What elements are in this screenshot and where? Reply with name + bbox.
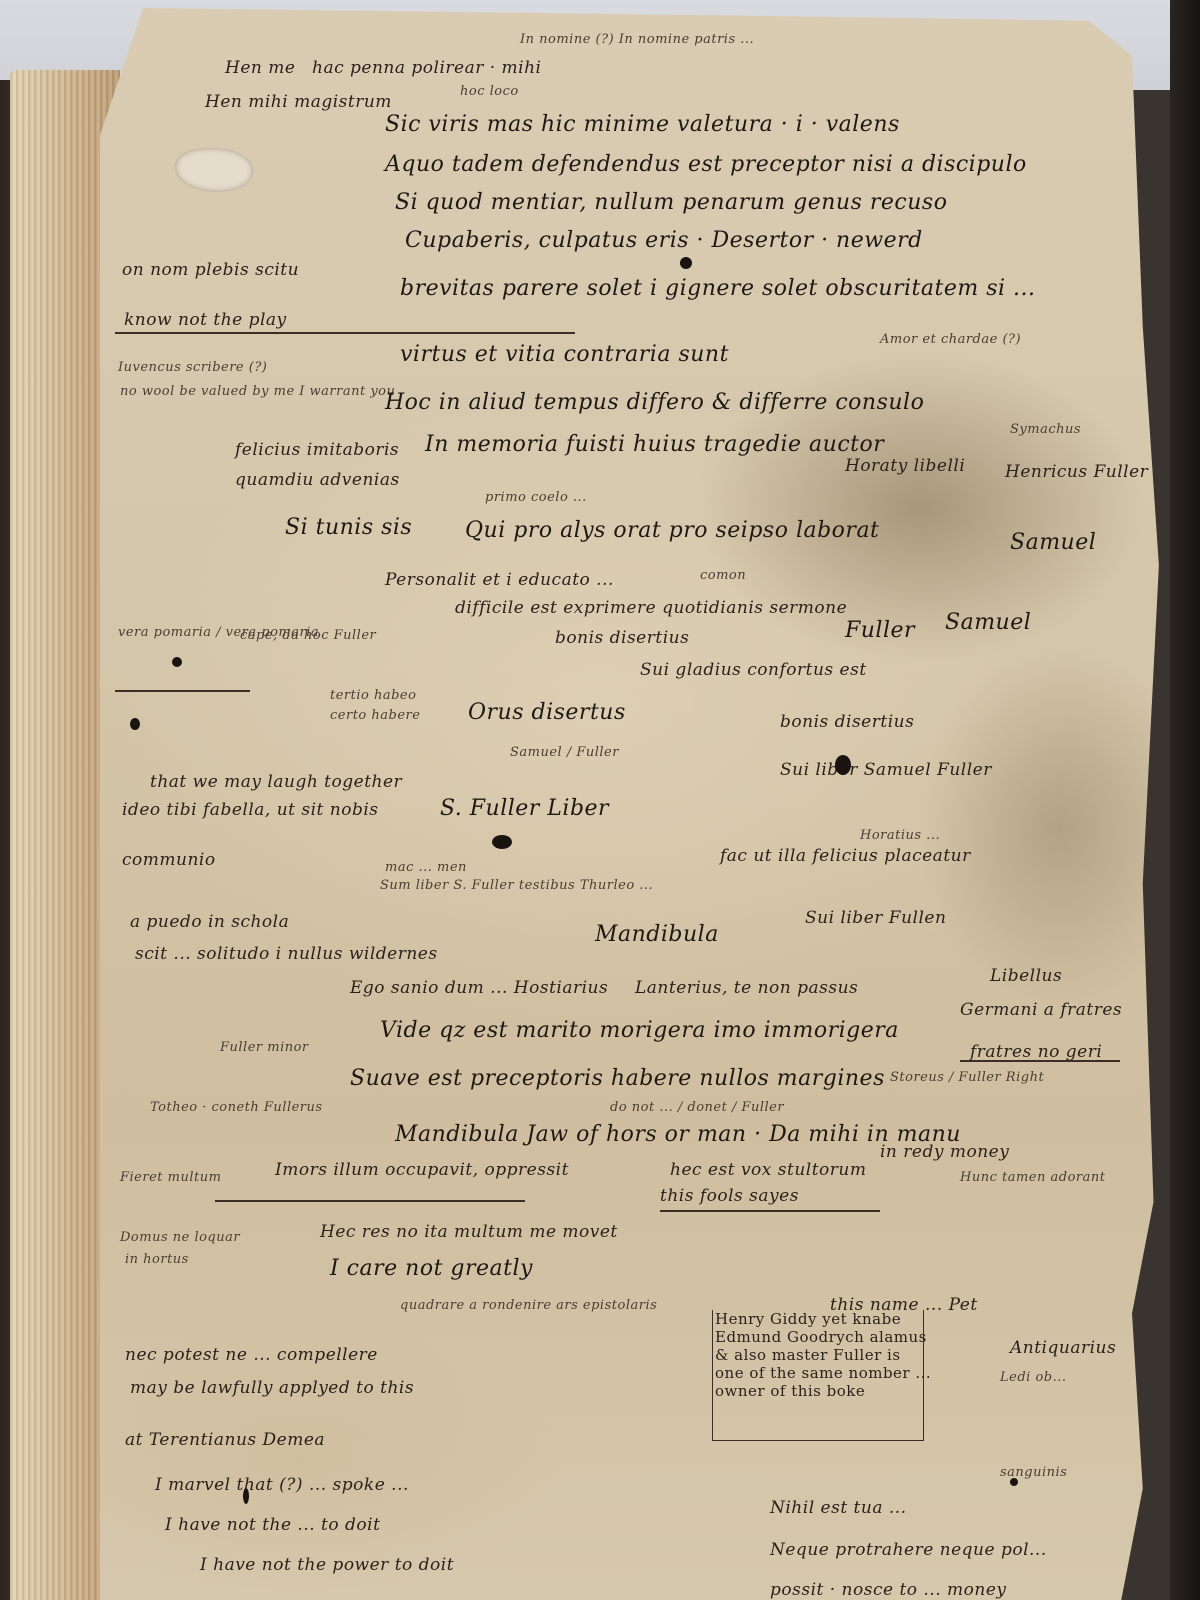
handwritten-line: fac ut illa felicius placeatur (720, 846, 971, 866)
handwritten-line: nec potest ne ... compellere (125, 1345, 378, 1365)
handwritten-line: Libellus (990, 966, 1062, 986)
handwritten-line: on nom plebis scitu (122, 260, 299, 280)
handwritten-line: difficile est exprimere quotidianis serm… (455, 598, 847, 618)
handwritten-line: that we may laugh together (150, 772, 402, 792)
handwritten-line: fratres no geri (970, 1042, 1102, 1062)
handwritten-line: cape, da hoc Fuller (240, 628, 376, 643)
handwritten-line: I have not the ... to doit (165, 1515, 380, 1535)
handwritten-line: certo habere (330, 708, 420, 723)
handwritten-line: I have not the power to doit (200, 1555, 454, 1575)
underline-rule (660, 1210, 880, 1212)
handwritten-line: a puedo in schola (130, 912, 289, 932)
ink-blot (680, 257, 692, 269)
handwritten-line: sanguinis (1000, 1465, 1067, 1480)
handwritten-line: comon (700, 568, 746, 583)
handwritten-line: Suave est preceptoris habere nullos marg… (350, 1066, 885, 1091)
handwritten-line: in hortus (125, 1252, 189, 1267)
ink-blot (172, 657, 182, 667)
ink-blot (130, 718, 140, 730)
handwritten-line: Hunc tamen adorant (960, 1170, 1105, 1185)
handwritten-line: Symachus (1010, 422, 1081, 437)
ink-blot (243, 1488, 249, 1504)
handwritten-line: Ledi ob... (1000, 1370, 1066, 1385)
handwritten-line: quamdiu advenias (235, 470, 400, 490)
handwritten-line: Antiquarius (1010, 1338, 1116, 1358)
handwritten-line: Hen me (225, 58, 295, 78)
handwritten-line: Sui liber Samuel Fuller (780, 760, 992, 780)
handwritten-line: bonis disertius (555, 628, 689, 648)
handwritten-line: Personalit et i educato ... (385, 570, 614, 590)
handwritten-line: Aquo tadem defendendus est preceptor nis… (385, 152, 1027, 177)
handwritten-line: at Terentianus Demea (125, 1430, 325, 1450)
underline-rule (115, 690, 250, 692)
handwritten-line: scit ... solitudo i nullus wildernes (135, 944, 438, 964)
underline-rule (115, 332, 575, 334)
handwritten-line: Domus ne loquar (120, 1230, 240, 1245)
handwritten-line: virtus et vitia contraria sunt (400, 342, 729, 367)
handwritten-line: tertio habeo (330, 688, 416, 703)
handwritten-line: quadrare a rondenire ars epistolaris (400, 1298, 657, 1313)
handwritten-line: Imors illum occupavit, oppressit (275, 1160, 569, 1180)
handwritten-line: Sui liber Fullen (805, 908, 946, 928)
handwritten-line: Samuel (945, 610, 1031, 635)
handwritten-line: hoc loco (460, 84, 519, 99)
ink-blot (1010, 1478, 1018, 1486)
handwritten-line: bonis disertius (780, 712, 914, 732)
note-box-border (712, 1310, 924, 1441)
handwritten-line: Henricus Fuller (1005, 462, 1148, 482)
handwritten-line: possit · nosce to ... money (770, 1580, 1007, 1600)
handwritten-line: Vide qz est marito morigera imo immorige… (380, 1018, 899, 1043)
handwritten-line: Totheo · coneth Fullerus (150, 1100, 323, 1115)
handwritten-line: I marvel that (?) ... spoke ... (155, 1475, 409, 1495)
underline-rule (960, 1060, 1120, 1062)
handwritten-line: S. Fuller Liber (440, 796, 609, 821)
underline-rule (215, 1200, 525, 1202)
handwritten-line: Germani a fratres (960, 1000, 1122, 1020)
handwritten-line: may be lawfully applyed to this (130, 1378, 414, 1398)
handwritten-line: Nihil est tua ... (770, 1498, 907, 1518)
handwritten-line: Hoc in aliud tempus differo & differre c… (385, 390, 924, 415)
handwritten-line: Iuvencus scribere (?) (118, 360, 267, 375)
handwritten-line: brevitas parere solet i gignere solet ob… (400, 276, 1036, 301)
ink-blot (492, 835, 512, 849)
handwritten-line: Mandibula (595, 922, 719, 947)
handwritten-line: Storeus / Fuller Right (890, 1070, 1044, 1085)
handwritten-line: Horaty libelli (845, 456, 965, 476)
handwritten-line: Hen mihi magistrum (205, 92, 392, 112)
handwritten-line: Horatius ... (860, 828, 940, 843)
handwritten-line: this fools sayes (660, 1186, 799, 1206)
handwritten-line: Neque protrahere neque pol... (770, 1540, 1047, 1560)
handwritten-line: Ego sanio dum ... Hostiarius (350, 978, 608, 998)
handwritten-line: Samuel / Fuller (510, 745, 619, 760)
handwritten-line: Orus disertus (468, 700, 626, 725)
handwritten-line: Samuel (1010, 530, 1096, 555)
handwritten-line: Si tunis sis (285, 515, 412, 540)
handwritten-line: Amor et chardae (?) (880, 332, 1021, 347)
handwritten-line: In nomine (?) In nomine patris ... (520, 32, 754, 47)
handwritten-line: ideo tibi fabella, ut sit nobis (122, 800, 379, 820)
handwritten-line: Sum liber S. Fuller testibus Thurleo ... (380, 878, 653, 893)
handwritten-line: Fuller minor (220, 1040, 309, 1055)
handwritten-line: Qui pro alys orat pro seipso laborat (465, 518, 879, 543)
handwritten-line: Fuller (845, 618, 915, 643)
handwritten-line: communio (122, 850, 216, 870)
ink-blot (835, 755, 851, 775)
handwritten-line: felicius imitaboris (235, 440, 399, 460)
handwritten-line: Mandibula Jaw of hors or man · Da mihi i… (395, 1122, 961, 1147)
handwritten-line: Hec res no ita multum me movet (320, 1222, 618, 1242)
handwritten-line: no wool be valued by me I warrant you (120, 384, 395, 399)
handwritten-line: Si quod mentiar, nullum penarum genus re… (395, 190, 947, 215)
handwritten-line: in redy money (880, 1142, 1009, 1162)
handwritten-line: In memoria fuisti huius tragedie auctor (425, 432, 884, 457)
dark-background-right (1170, 0, 1200, 1600)
handwritten-line: Cupaberis, culpatus eris · Desertor · ne… (405, 228, 923, 253)
handwritten-line: Fieret multum (120, 1170, 221, 1185)
handwritten-line: know not the play (124, 310, 287, 330)
handwritten-line: primo coelo ... (485, 490, 587, 505)
handwritten-line: hac penna polirear · mihi (312, 58, 541, 78)
handwritten-line: Lanterius, te non passus (635, 978, 858, 998)
handwritten-line: hec est vox stultorum (670, 1160, 867, 1180)
handwritten-line: mac ... men (385, 860, 467, 875)
handwritten-line: I care not greatly (330, 1256, 533, 1281)
handwritten-line: Sui gladius confortus est (640, 660, 867, 680)
handwritten-line: do not ... / donet / Fuller (610, 1100, 784, 1115)
handwritten-line: Sic viris mas hic minime valetura · i · … (385, 112, 900, 137)
